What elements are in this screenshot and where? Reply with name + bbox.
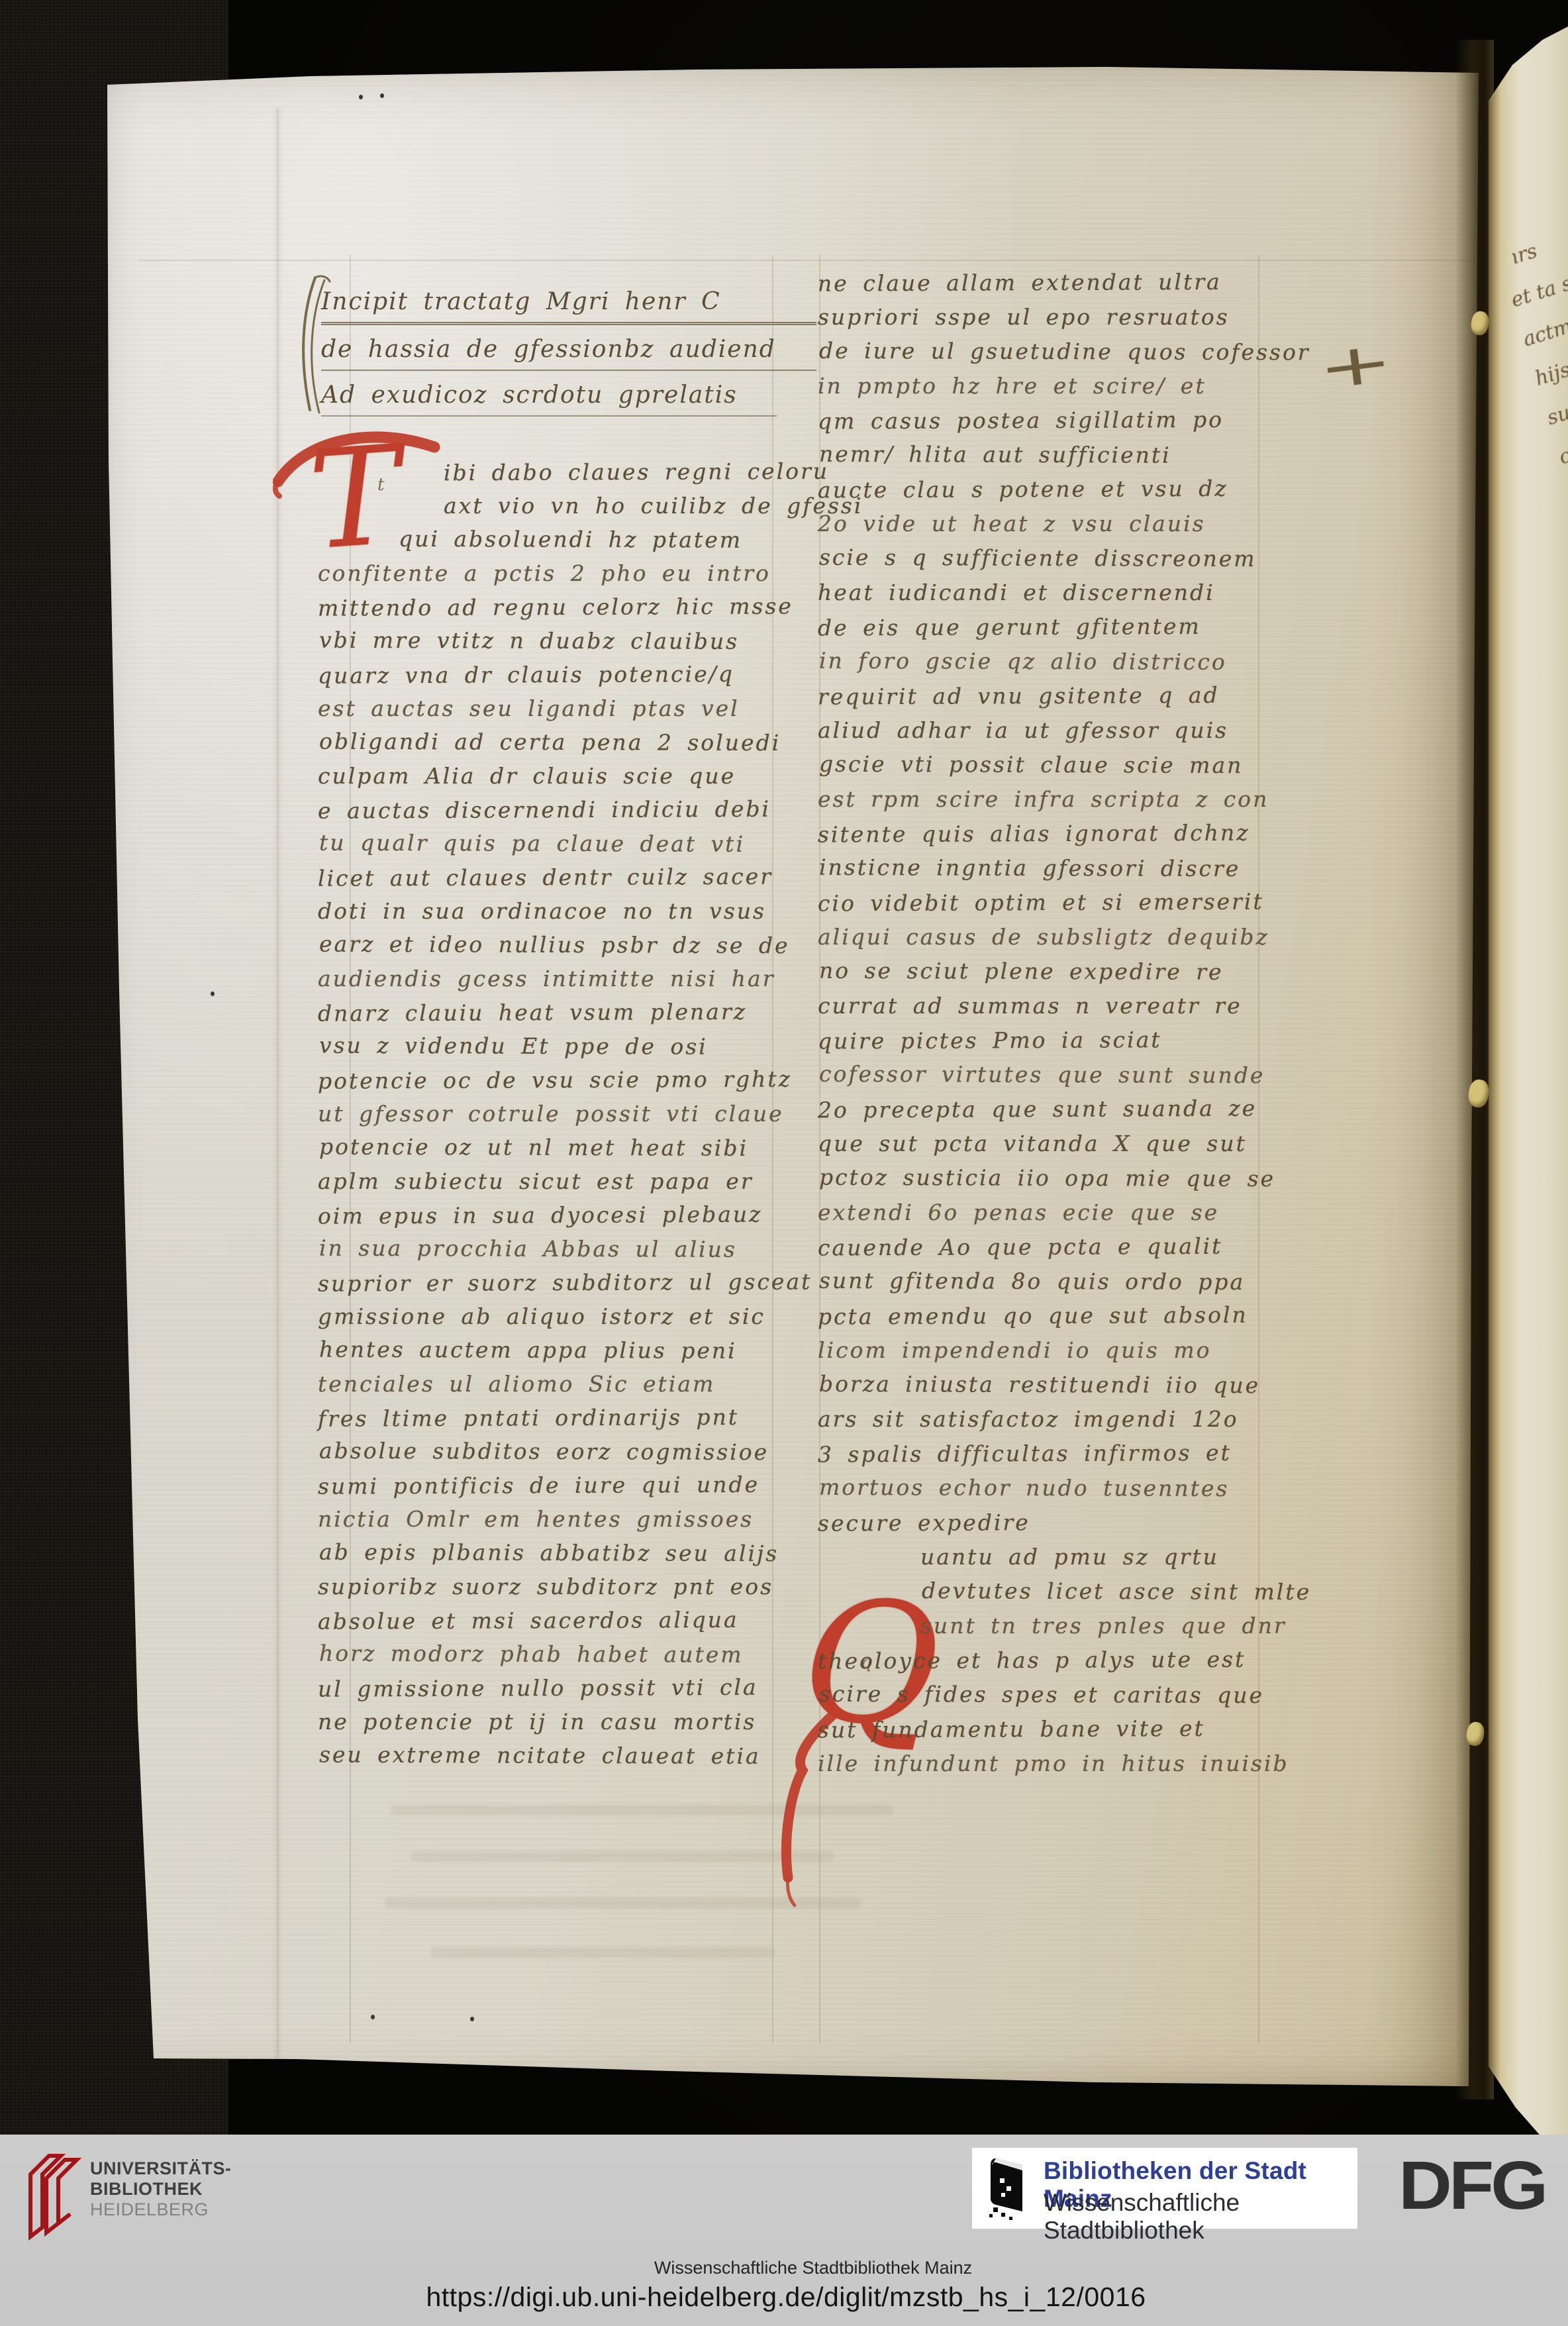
footer-caption: Wissenschaftliche Stadtbibliothek Mainz	[29, 2258, 1568, 2278]
manuscript-line: fres ltime pntati ordinarijs pnt	[318, 1399, 828, 1435]
text-column-1: ibi dabo claues regni celoruaxt vio vn h…	[318, 455, 828, 1772]
pen-flourish	[290, 274, 336, 426]
manuscript-line: sumi pontificis de iure qui unde	[318, 1467, 828, 1503]
manuscript-line: aucte clau s potene et vsu dz	[818, 471, 1281, 507]
heading-line: Ad exudicoz scrdotu gprelatis	[321, 381, 777, 417]
adjacent-page-text: mrset ta supactmgmhijs vntsupviuuoz ut h…	[1512, 238, 1568, 2093]
manuscript-line: licom impendendi io quis mo	[818, 1333, 1281, 1368]
manuscript-line: qm casus postea sigillatim po	[818, 402, 1281, 438]
manuscript-line: in sua procchia Abbas ul alius	[319, 1231, 829, 1267]
library-footer-bar: UNIVERSITÄTS- BIBLIOTHEK HEIDELBERG Bibl…	[0, 2135, 1568, 2326]
manuscript-line: gscie vti possit claue scie man	[819, 747, 1283, 783]
manuscript-line: 2o precepta que sunt suanda ze	[818, 1091, 1281, 1127]
marginal-cross-mark: +	[1314, 328, 1396, 402]
manuscript-line: heat iudicandi et discernendi	[818, 576, 1281, 610]
manuscript-line: audiendis gcess intimitte nisi har	[318, 962, 828, 995]
manuscript-line: ul gmissione nullo possit vti cla	[318, 1670, 828, 1705]
heading-line: de hassia de gfessionbz audiend	[321, 336, 816, 371]
manuscript-line: pctoz susticia iio opa mie que se	[819, 1160, 1283, 1196]
manuscript-line: que sut pcta vitanda X que sut	[818, 1127, 1281, 1161]
footer-source-url: https://digi.ub.uni-heidelberg.de/diglit…	[2, 2282, 1568, 2313]
manuscript-line: ut gfessor cotrule possit vti claue	[318, 1097, 828, 1131]
mainz-library-logo: Bibliotheken der Stadt Mainz Wissenschaf…	[972, 2148, 1357, 2229]
manuscript-line: nictia Omlr em hentes gmissoes	[318, 1502, 828, 1536]
manuscript-line: vbi mre vtitz n duabz clauibus	[319, 623, 829, 659]
manuscript-line: sitente quis alias ignorat dchnz	[818, 815, 1281, 852]
manuscript-line: supriori sspe ul epo resruatos	[818, 300, 1281, 334]
page-crease-horizontal	[139, 260, 1470, 261]
manuscript-line: aplm subiectu sicut est papa er	[318, 1164, 828, 1198]
incipit-heading: Incipit tractatg Mgri henr C de hassia d…	[321, 288, 816, 427]
manuscript-line: confitente a pctis 2 pho eu intro	[318, 556, 828, 590]
manuscript-line: ibi dabo claues regni celoru	[444, 454, 828, 490]
dfg-logo: DFG	[1398, 2146, 1545, 2225]
manuscript-line: gmissione ab aliquo istorz et sic	[318, 1299, 828, 1333]
manuscript-line: ars sit satisfactoz imgendi 12o	[818, 1402, 1281, 1437]
manuscript-line: tenciales ul aliomo Sic etiam	[318, 1367, 828, 1401]
mainz-book-icon	[987, 2156, 1033, 2222]
manuscript-line: aliqui casus de subsligtz dequibz	[818, 920, 1281, 954]
manuscript-line: in pmpto hz hre et scire/ et	[818, 369, 1281, 403]
manuscript-line: e auctas discernendi indiciu debi	[318, 791, 828, 827]
manuscript-line: axt vio vn ho cuilibz de gfessi	[444, 489, 828, 523]
manuscript-line: nemr/ hlita aut sufficienti	[819, 437, 1283, 473]
heading-line: Incipit tractatg Mgri henr C	[321, 288, 816, 325]
mainz-logo-subtitle: Wissenschaftliche Stadtbibliothek	[1044, 2189, 1357, 2245]
manuscript-line: potencie oc de vsu scie pmo rghtz	[318, 1062, 828, 1097]
manuscript-line: uantu ad pmu sz qrtu	[920, 1540, 1281, 1574]
manuscript-line: ab epis plbanis abbatibz seu alijs	[319, 1535, 829, 1571]
book-gutter-shadow	[1455, 40, 1494, 2099]
manuscript-line: theoloyce et has p alys ute est	[818, 1642, 1281, 1678]
manuscript-line: sunt gfitenda 8o quis ordo ppa	[819, 1264, 1283, 1299]
manuscript-line: obligandi ad certa pena 2 soluedi	[319, 725, 829, 760]
ub-heidelberg-logo-icon	[26, 2149, 85, 2242]
ink-speck	[371, 2015, 375, 2019]
manuscript-line: ne potencie pt ij in casu mortis	[318, 1705, 828, 1739]
manuscript-line: seu extreme ncitate claueat etia	[319, 1738, 829, 1774]
manuscript-line: scire s fides spes et caritas que	[819, 1677, 1283, 1713]
manuscript-line: est auctas seu ligandi ptas vel	[318, 691, 828, 725]
text-column-2: ne claue allam extendat ultrasupriori ss…	[818, 266, 1281, 1781]
ink-speck	[380, 93, 384, 98]
manuscript-line: 3 spalis difficultas infirmos et	[818, 1435, 1281, 1472]
manuscript-line: ille infundunt pmo in hitus inuisib	[818, 1746, 1281, 1781]
manuscript-line: 2o vide ut heat z vsu clauis	[818, 507, 1281, 541]
manuscript-line: hentes auctem appa plius peni	[319, 1333, 829, 1368]
manuscript-line: no se sciut plene expedire re	[819, 954, 1283, 989]
manuscript-line: requirit ad vnu gsitente q ad	[818, 678, 1281, 714]
manuscript-line: qui absoluendi hz ptatem	[399, 522, 829, 557]
manuscript-line: sunt tn tres pnles que dnr	[920, 1609, 1281, 1643]
manuscript-line: doti in sua ordinacoe no tn vsus	[318, 894, 828, 928]
manuscript-line: suprior er suorz subditorz ul gsceat	[318, 1264, 828, 1300]
manuscript-line: dnarz clauiu heat vsum plenarz	[318, 994, 828, 1030]
verso-show-through	[430, 1947, 775, 1958]
manuscript-line: cofessor virtutes que sunt sunde	[819, 1057, 1283, 1093]
ubh-line2: BIBLIOTHEK	[90, 2179, 232, 2200]
manuscript-line: licet aut claues dentr cuilz sacer	[318, 859, 828, 895]
ubh-line1: UNIVERSITÄTS-	[90, 2158, 232, 2179]
manuscript-line: in foro gscie qz alio districco	[819, 644, 1283, 680]
manuscript-line: culpam Alia dr clauis scie que	[318, 759, 828, 793]
page-crease-vertical	[277, 109, 279, 2063]
manuscript-line: oim epus in sua dyocesi plebauz	[318, 1197, 828, 1233]
ink-speck	[470, 2017, 474, 2021]
manuscript-line: de iure ul gsuetudine quos cofessor	[819, 334, 1283, 370]
manuscript-line: cio videbit optim et si emerserit	[818, 884, 1281, 921]
manuscript-line: absolue subditos eorz cogmissioe	[319, 1434, 829, 1470]
manuscript-line: horz modorz phab habet autem	[319, 1637, 829, 1672]
manuscript-line: extendi 6o penas ecie que se	[818, 1195, 1281, 1230]
manuscript-line: absolue et msi sacerdos aliqua	[318, 1602, 828, 1638]
manuscript-line: tu qualr quis pa claue deat vti	[319, 826, 829, 862]
manuscript-line: earz et ideo nullius psbr dz se de	[319, 927, 829, 963]
manuscript-line: de eis que gerunt gfitentem	[818, 609, 1281, 645]
manuscript-line: est rpm scire infra scripta z con	[818, 782, 1281, 817]
manuscript-line: devtutes licet asce sint mlte	[922, 1574, 1283, 1609]
manuscript-line: cauende Ao que pcta e qualit	[818, 1229, 1281, 1265]
manuscript-line: supioribz suorz subditorz pnt eos	[318, 1570, 828, 1603]
manuscript-line: mittendo ad regnu celorz hic msse	[318, 589, 828, 625]
manuscript-line: sut fundamentu bane vite et	[818, 1711, 1281, 1747]
ubh-line3: HEIDELBERG	[90, 2200, 232, 2220]
ink-speck	[359, 95, 363, 99]
manuscript-line: mortuos echor nudo tusenntes	[819, 1470, 1283, 1506]
manuscript-line: currat ad summas n vereatr re	[818, 989, 1281, 1023]
manuscript-line: secure expedire	[818, 1504, 1281, 1541]
manuscript-page: Incipit tractatg Mgri henr C de hassia d…	[99, 63, 1489, 2095]
manuscript-line: insticne ingntia gfessori discre	[819, 850, 1283, 886]
manuscript-line: potencie oz ut nl met heat sibi	[319, 1130, 829, 1166]
manuscript-line: quarz vna dr clauis potencie/q	[318, 656, 828, 692]
manuscript-line: quire pictes Pmo ia sciat	[818, 1022, 1281, 1058]
manuscript-line: scie s q sufficiente disscreonem	[819, 540, 1283, 576]
ub-heidelberg-logo-text: UNIVERSITÄTS- BIBLIOTHEK HEIDELBERG	[90, 2158, 232, 2220]
ink-speck	[211, 991, 215, 996]
manuscript-line: pcta emendu qo que sut absoln	[818, 1297, 1281, 1334]
manuscript-line: borza iniusta restituendi iio que	[819, 1367, 1283, 1403]
manuscript-line: aliud adhar ia ut gfessor quis	[818, 713, 1281, 748]
manuscript-line: vsu z videndu Et ppe de osi	[319, 1029, 829, 1064]
manuscript-line: ne claue allam extendat ultra	[818, 264, 1281, 301]
digitized-manuscript-scan: Incipit tractatg Mgri henr C de hassia d…	[0, 0, 1568, 2326]
